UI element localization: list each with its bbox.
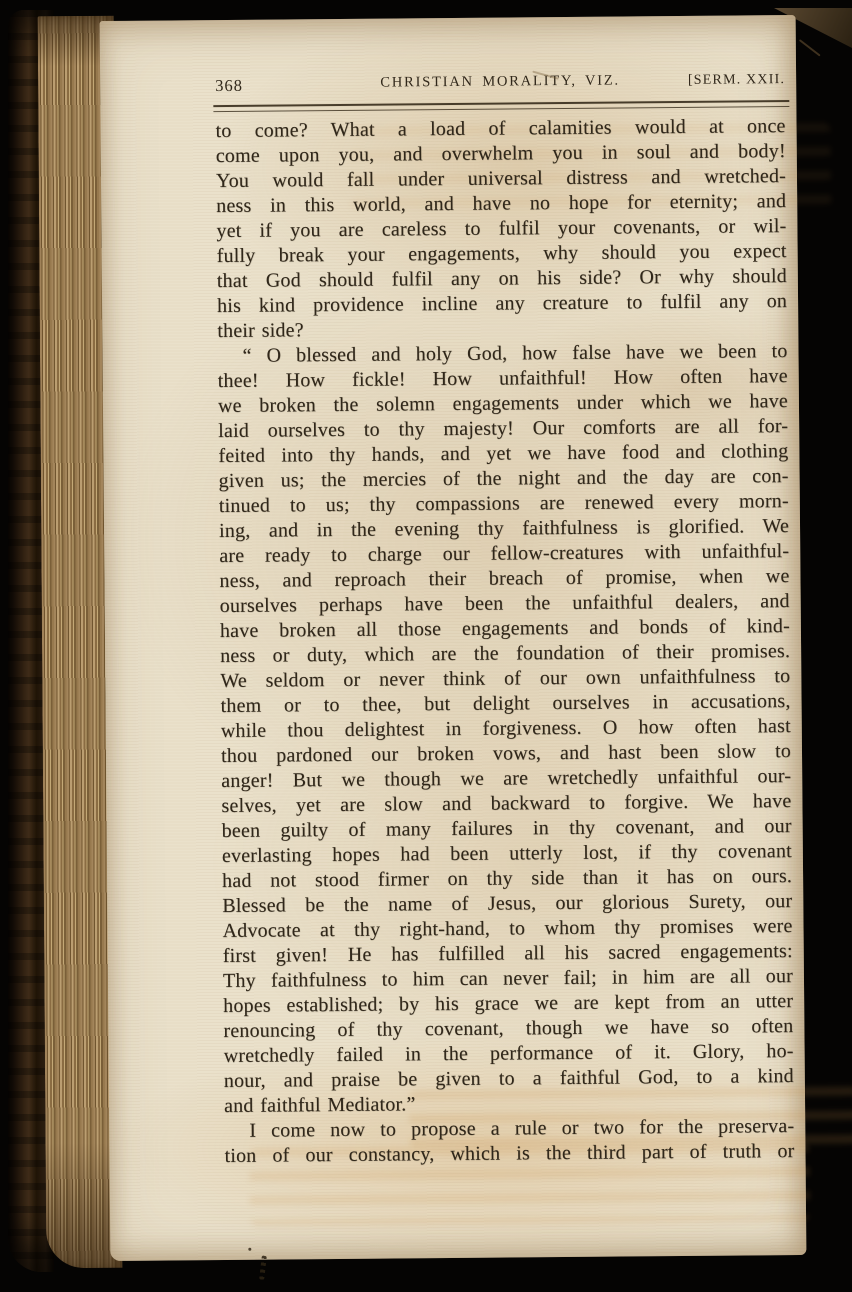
scratch-mark <box>799 39 821 56</box>
ink-mark <box>259 1255 267 1279</box>
text-line: nour, and praise be given to a faithful … <box>224 1064 794 1094</box>
page-header: 368 CHRISTIAN MORALITY, VIZ. [SERM. XXII… <box>215 71 785 98</box>
sermon-number: [SERM. XXII. <box>688 72 785 89</box>
ink-dot <box>248 1248 251 1251</box>
book-page: 368 CHRISTIAN MORALITY, VIZ. [SERM. XXII… <box>100 15 807 1261</box>
text-line: his kind providence incline any creature… <box>217 289 787 319</box>
text-column: 368 CHRISTIAN MORALITY, VIZ. [SERM. XXII… <box>215 15 795 1169</box>
header-rule <box>213 100 789 112</box>
text-line: tion of our constancy, which is the thir… <box>224 1139 794 1169</box>
book-photo: 368 CHRISTIAN MORALITY, VIZ. [SERM. XXII… <box>0 0 852 1292</box>
page-text: to come? What a load of calamities would… <box>215 114 794 1169</box>
